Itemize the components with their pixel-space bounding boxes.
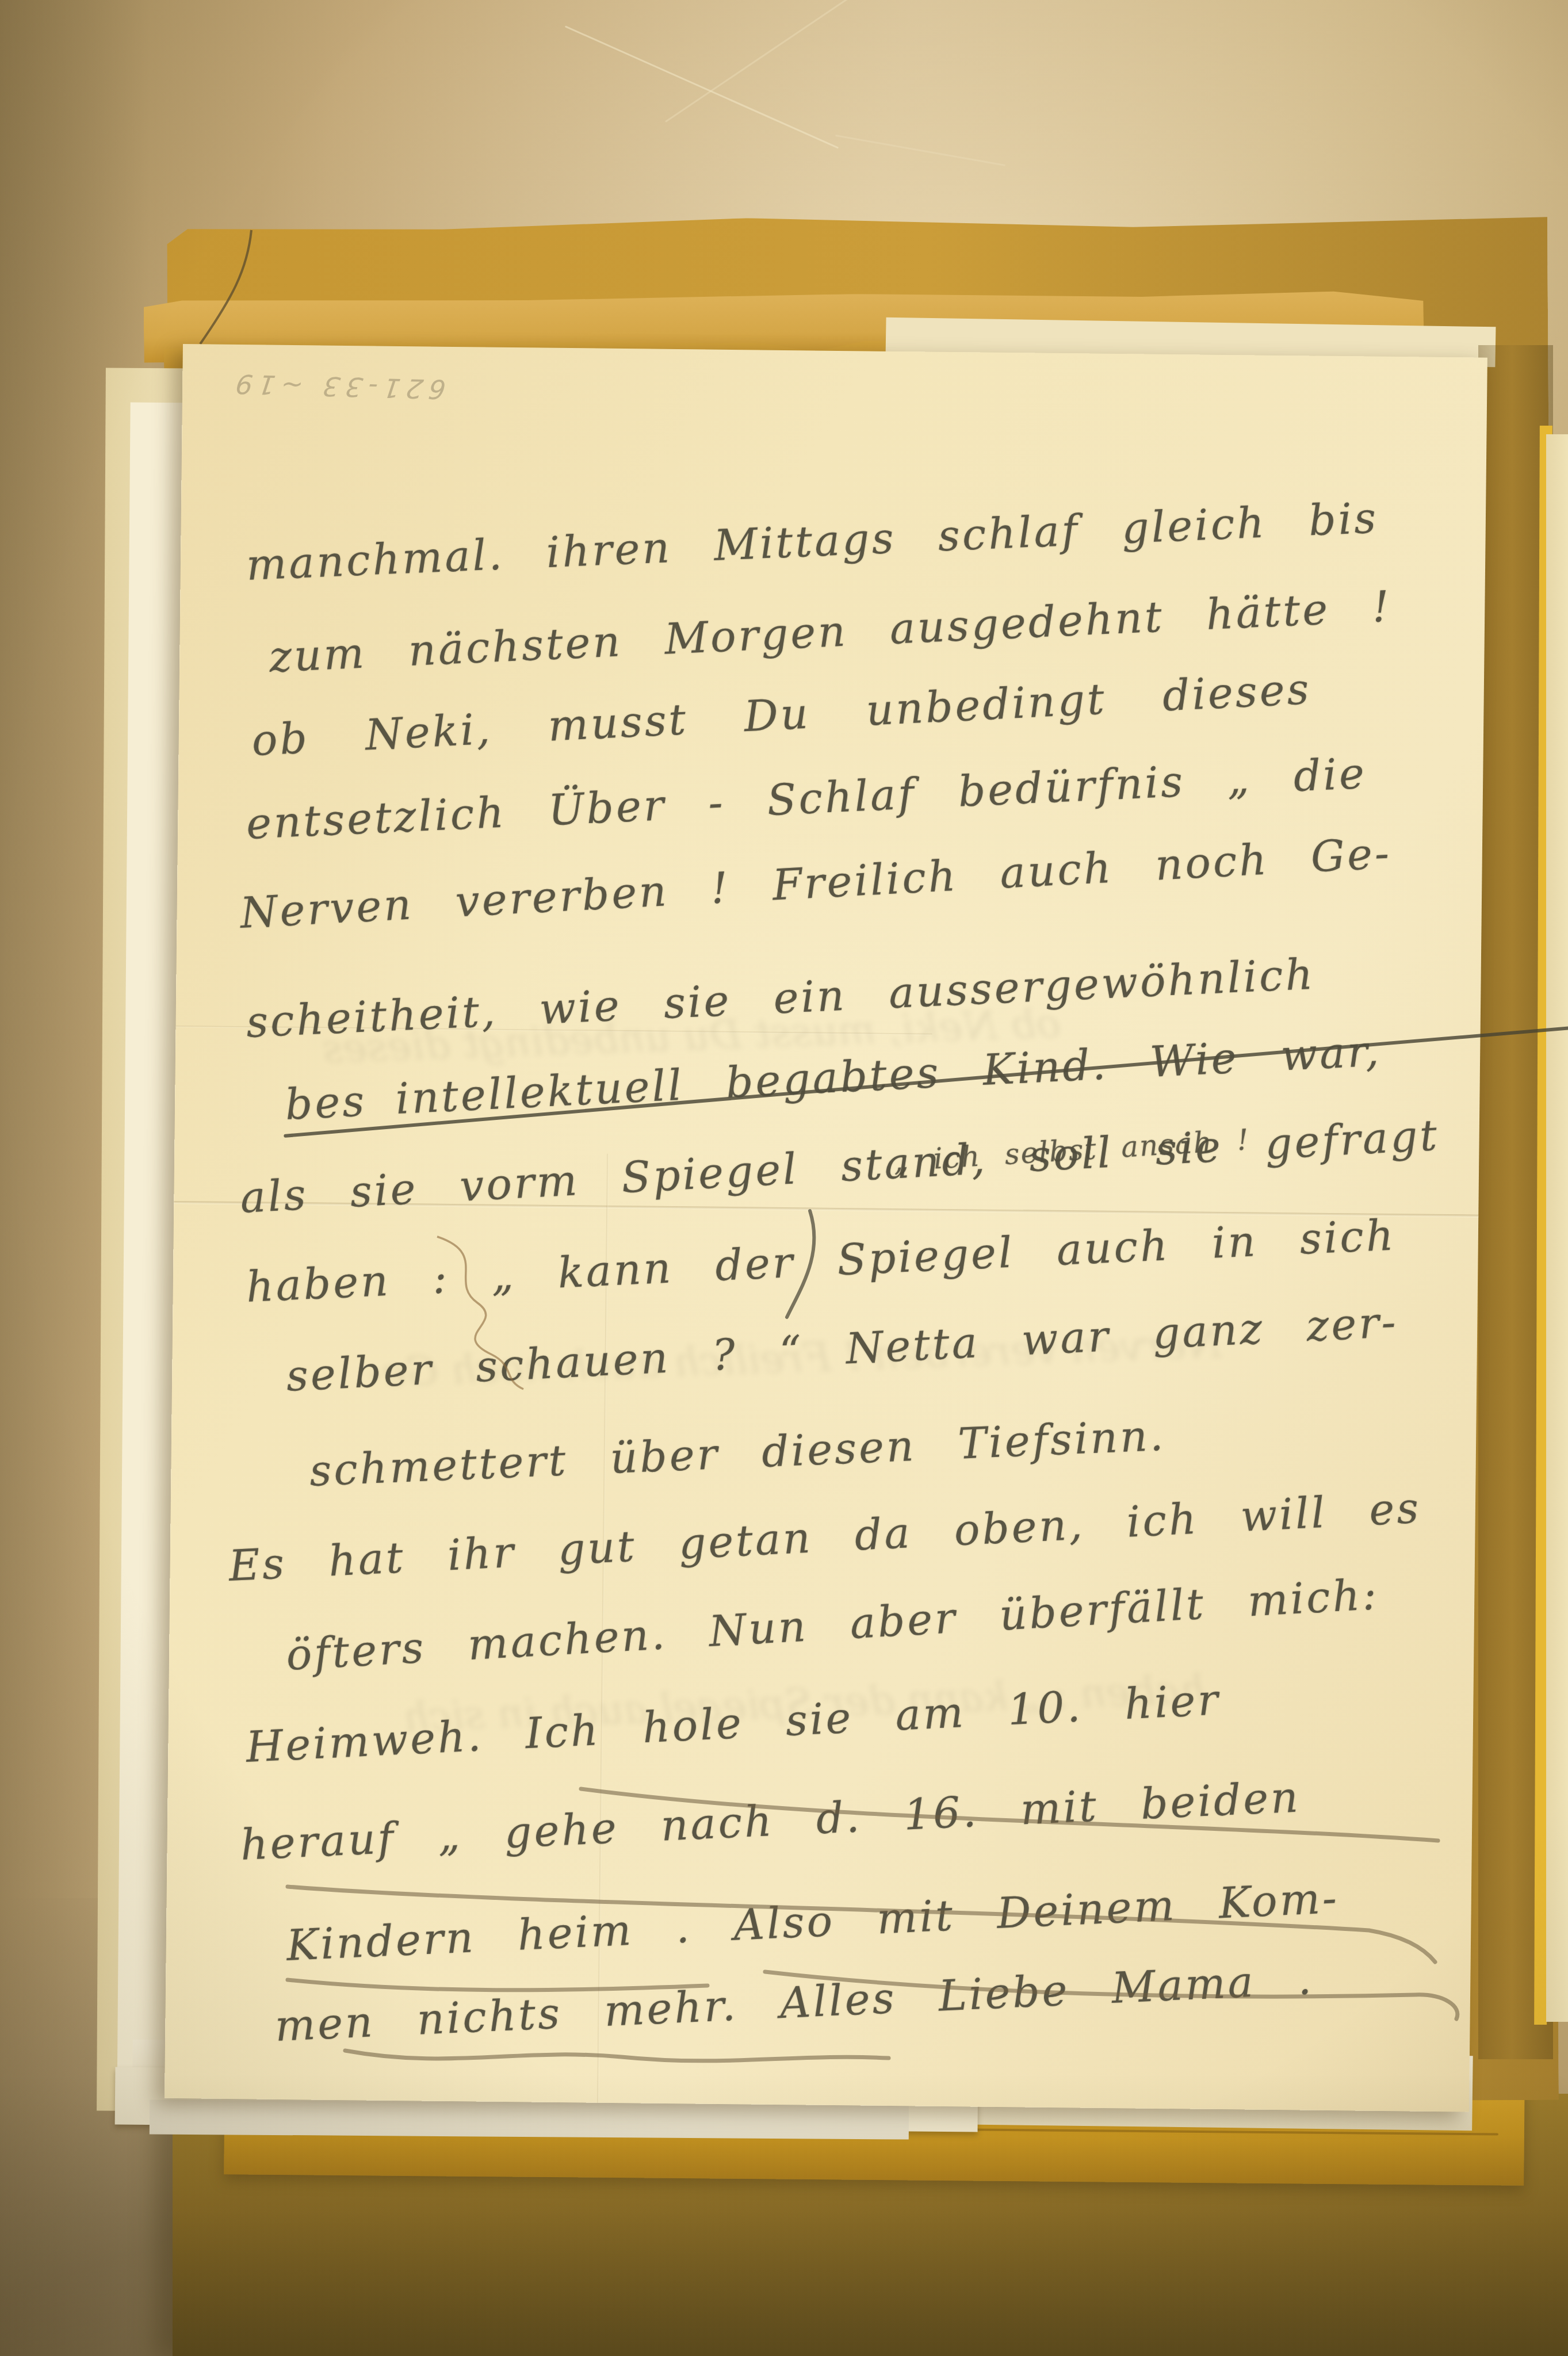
photo-of-handwritten-letter: { "scene": { "type": "archival photograp… [0, 0, 1568, 2356]
right-edge-paper [1546, 434, 1568, 2022]
archival-number: 621-33 ~19 [228, 368, 448, 405]
under-sheet-edge [150, 2099, 909, 2139]
